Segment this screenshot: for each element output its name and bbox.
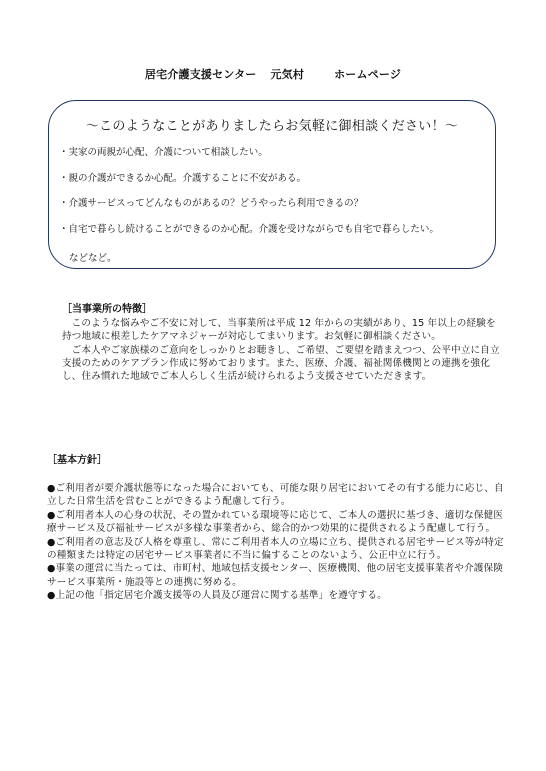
policy-item: ●事業の運営に当たっては、市町村、地域包括支援センター、医療機関、他の居宅支援事…	[47, 562, 505, 589]
consultation-list: ・実家の両親が心配、介護について相談したい。 ・親の介護ができるか心配。介護する…	[59, 146, 439, 248]
page-label: ホームページ	[334, 66, 401, 82]
consultation-item: ・介護サービスってどんなものがあるの？どうやったら利用できるの？	[59, 197, 439, 223]
features-section: ［当事業所の特徴］ このような悩みやご不安に対して、当事業所は平成 12 年から…	[62, 303, 504, 383]
page-title: 居宅介護支援センター元気村ホームページ	[0, 66, 546, 82]
org-name: 居宅介護支援センター	[145, 66, 257, 82]
policy-item: ●上記の他「指定居宅介護支援等の人員及び運営に関する基準」を遵守する。	[47, 589, 505, 602]
consultation-item: ・実家の両親が心配、介護について相談したい。	[59, 146, 439, 172]
features-paragraph: ご本人やご家族様のご意向をしっかりとお聴きし、ご希望、ご要望を踏まえつつ、公平中…	[62, 344, 504, 384]
policy-section: ［基本方針］ ●ご利用者が要介護状態等になった場合においても、可能な限り居宅にお…	[47, 454, 505, 603]
consultation-box: ～このようなことがありましたらお気軽に御相談ください！～ ・実家の両親が心配、介…	[48, 100, 496, 269]
policy-item: ●ご利用者本人の心身の状況、その置かれている環境等に応じて、ご本人の選択に基づき…	[47, 509, 505, 536]
policy-heading: ［基本方針］	[47, 454, 505, 468]
village-name: 元気村	[270, 66, 304, 82]
consultation-heading: ～このようなことがありましたらお気軽に御相談ください！～	[49, 115, 495, 134]
policy-item: ●ご利用者が要介護状態等になった場合においても、可能な限り居宅においてその有する…	[47, 482, 505, 509]
policy-list: ●ご利用者が要介護状態等になった場合においても、可能な限り居宅においてその有する…	[47, 482, 505, 603]
consultation-etc: などなど。	[69, 250, 117, 264]
features-heading: ［当事業所の特徴］	[62, 303, 504, 317]
consultation-item: ・親の介護ができるか心配。介護することに不安がある。	[59, 172, 439, 198]
consultation-item: ・自宅で暮らし続けることができるのか心配。介護を受けながらでも自宅で暮らしたい。	[59, 223, 439, 249]
features-paragraph: このような悩みやご不安に対して、当事業所は平成 12 年からの実績があり、15 …	[62, 317, 504, 344]
policy-item: ●ご利用者の意志及び人格を尊重し、常にご利用者本人の立場に立ち、提供される居宅サ…	[47, 536, 505, 563]
